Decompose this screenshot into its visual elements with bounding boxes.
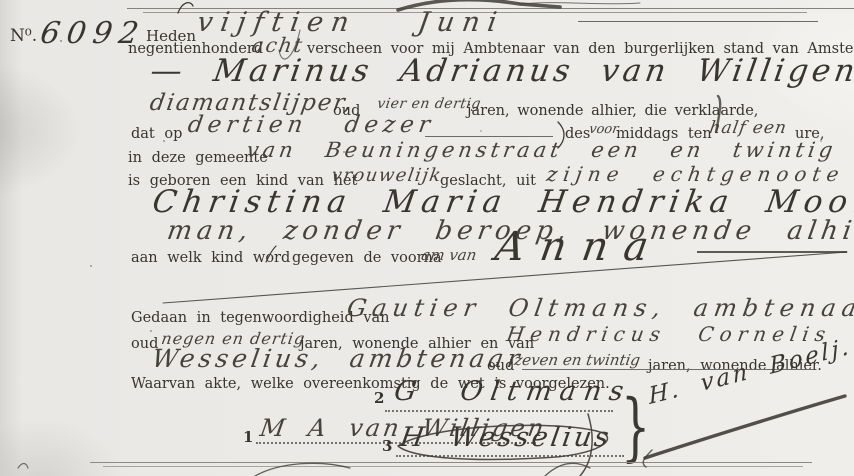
hw-time: half een <box>708 118 788 138</box>
hw-birth-day: dertien dezer <box>186 112 437 138</box>
top-thin-flourish <box>520 3 640 4</box>
bottom-rule <box>90 462 812 463</box>
hw-voornaam-suffix: am van <box>420 246 478 264</box>
printed-dat-op: dat op <box>131 126 182 142</box>
signature2-line <box>385 410 613 412</box>
signature-witness1: G Oltmans <box>392 376 634 407</box>
filler-line-birthday <box>425 136 553 137</box>
birth-certificate-scan: N⁰. 6092 Heden vijftien Juni negentienho… <box>0 0 854 476</box>
registrar-underline <box>645 396 845 458</box>
hw-father-name: — Marinus Adrianus van Willigen — <box>148 53 854 89</box>
signature-brace: } <box>621 384 650 470</box>
hw-witness2-cont: Wesselius, ambtenaar <box>150 344 526 373</box>
record-number-label: N⁰. <box>10 26 37 46</box>
signature2-number: 2 <box>374 389 384 407</box>
printed-aan-welk: aan welk kind word <box>131 250 290 266</box>
signature3-number: 3 <box>382 437 392 455</box>
filler-line-date <box>578 21 818 22</box>
hw-witness1: Gautier Oltmans, ambtenaar <box>345 294 854 322</box>
bottom-rule-2 <box>103 466 803 467</box>
hw-time-prefix: voor <box>588 122 620 137</box>
printed-oud-3: oud <box>487 358 514 374</box>
hw-witness2-name: Hendricus Cornelis <box>505 322 833 346</box>
hw-child-name: Anna <box>492 224 668 270</box>
signature-witness2: H Wesselius <box>398 422 614 453</box>
signature1-number: 1 <box>243 428 253 446</box>
hw-gender: vrouwelijk <box>330 165 444 186</box>
printed-jaren-1: jaren, wonende alhier, die verklaarde, <box>467 103 758 119</box>
hw-witness2-age: zeven en twintig <box>513 351 641 369</box>
hw-spouse-intro: zijne echtgenoote <box>545 162 846 186</box>
bottom-cutoff-3 <box>18 464 28 469</box>
hw-date-day: vijftien Juni <box>195 7 507 38</box>
hw-mother-name-1: Christina Maria Hendrika Moor <box>150 184 854 220</box>
dash-after-name <box>697 251 847 253</box>
hw-address: van Beuningenstraat een en twintig <box>245 138 838 162</box>
signature3-line <box>396 455 624 457</box>
